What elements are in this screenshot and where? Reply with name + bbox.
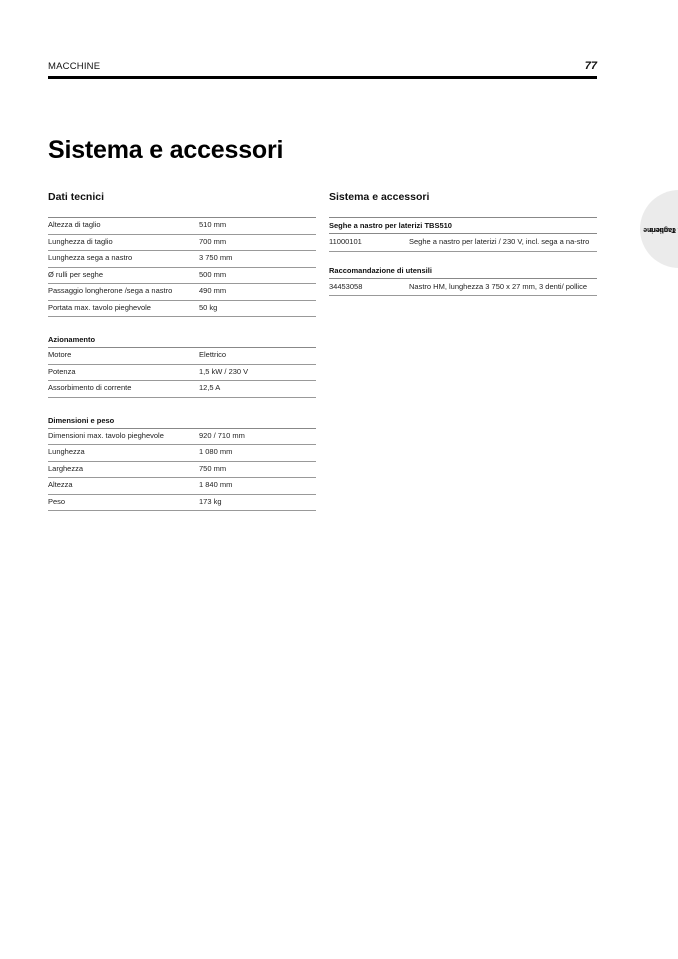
table-row: Altezza di taglio510 mm <box>48 218 316 235</box>
technical-data-heading: Dati tecnici <box>48 191 316 205</box>
table-row: MotoreElettrico <box>48 348 316 364</box>
spec-label: Larghezza <box>48 461 199 478</box>
spec-value: 173 kg <box>199 494 316 511</box>
table-row: Lunghezza di taglio700 mm <box>48 234 316 251</box>
table-row: Dimensioni max. tavolo pieghevole920 / 7… <box>48 429 316 445</box>
tools-heading: Raccomandazione di utensili <box>329 266 597 279</box>
spec-label: Potenza <box>48 364 199 381</box>
article-code: 11000101 <box>329 234 409 251</box>
running-header: MACCHINE 77 <box>48 61 597 81</box>
spec-value: 500 mm <box>199 267 316 284</box>
page-title: Sistema e accessori <box>48 136 283 165</box>
spec-value: 700 mm <box>199 234 316 251</box>
spec-table-drive: MotoreElettrico Potenza1,5 kW / 230 V As… <box>48 348 316 398</box>
drive-heading: Azionamento <box>48 335 316 348</box>
spec-label: Ø rulli per seghe <box>48 267 199 284</box>
accessories-column: Sistema e accessori Seghe a nastro per l… <box>329 191 597 310</box>
spec-label: Altezza <box>48 478 199 495</box>
spec-group-dimensions: Dimensioni e peso Dimensioni max. tavolo… <box>48 416 316 512</box>
accessory-group-tools: Raccomandazione di utensili 34453058 Nas… <box>329 266 597 297</box>
table-row: Portata max. tavolo pieghevole50 kg <box>48 300 316 317</box>
side-tab-label: Taglierineda cantiere <box>648 190 678 268</box>
table-row: Ø rulli per seghe500 mm <box>48 267 316 284</box>
spec-label: Lunghezza di taglio <box>48 234 199 251</box>
article-description: Seghe a nastro per laterizi / 230 V, inc… <box>409 234 597 251</box>
table-row: Larghezza750 mm <box>48 461 316 478</box>
spec-value: 490 mm <box>199 284 316 301</box>
spec-value: 750 mm <box>199 461 316 478</box>
spec-table-general: Altezza di taglio510 mm Lunghezza di tag… <box>48 217 316 317</box>
spec-value: 3 750 mm <box>199 251 316 268</box>
article-description: Nastro HM, lunghezza 3 750 x 27 mm, 3 de… <box>409 279 597 296</box>
spec-table-dimensions: Dimensioni max. tavolo pieghevole920 / 7… <box>48 429 316 512</box>
table-row: 11000101 Seghe a nastro per laterizi / 2… <box>329 234 597 251</box>
spec-value: 510 mm <box>199 218 316 235</box>
table-row: Lunghezza sega a nastro3 750 mm <box>48 251 316 268</box>
spec-value: 1 840 mm <box>199 478 316 495</box>
accessory-table-bandsaws: 11000101 Seghe a nastro per laterizi / 2… <box>329 234 597 252</box>
header-rule <box>48 76 597 79</box>
spec-group-general: Altezza di taglio510 mm Lunghezza di tag… <box>48 217 316 317</box>
spec-value: 1 080 mm <box>199 445 316 462</box>
page-number: 77 <box>585 60 597 72</box>
table-row: 34453058 Nastro HM, lunghezza 3 750 x 27… <box>329 279 597 296</box>
table-row: Potenza1,5 kW / 230 V <box>48 364 316 381</box>
spec-label: Motore <box>48 348 199 364</box>
accessory-group-bandsaws: Seghe a nastro per laterizi TBS510 11000… <box>329 217 597 252</box>
spec-label: Peso <box>48 494 199 511</box>
side-tab-line2: da cantiere <box>649 225 678 233</box>
accessories-heading: Sistema e accessori <box>329 191 597 205</box>
bandsaws-heading: Seghe a nastro per laterizi TBS510 <box>329 217 597 234</box>
table-row: Passaggio longherone /sega a nastro490 m… <box>48 284 316 301</box>
accessory-table-tools: 34453058 Nastro HM, lunghezza 3 750 x 27… <box>329 279 597 297</box>
table-row: Assorbimento di corrente12,5 A <box>48 381 316 398</box>
table-row: Altezza1 840 mm <box>48 478 316 495</box>
spec-value: Elettrico <box>199 348 316 364</box>
section-label: MACCHINE <box>48 61 100 72</box>
spec-label: Lunghezza sega a nastro <box>48 251 199 268</box>
spec-label: Lunghezza <box>48 445 199 462</box>
dimensions-heading: Dimensioni e peso <box>48 416 316 429</box>
technical-data-column: Dati tecnici Altezza di taglio510 mm Lun… <box>48 191 316 529</box>
table-row: Peso173 kg <box>48 494 316 511</box>
spec-label: Passaggio longherone /sega a nastro <box>48 284 199 301</box>
spec-label: Altezza di taglio <box>48 218 199 235</box>
spec-label: Portata max. tavolo pieghevole <box>48 300 199 317</box>
spec-value: 12,5 A <box>199 381 316 398</box>
spec-group-drive: Azionamento MotoreElettrico Potenza1,5 k… <box>48 335 316 398</box>
spec-value: 50 kg <box>199 300 316 317</box>
spec-value: 1,5 kW / 230 V <box>199 364 316 381</box>
table-row: Lunghezza1 080 mm <box>48 445 316 462</box>
spec-label: Dimensioni max. tavolo pieghevole <box>48 429 199 445</box>
article-code: 34453058 <box>329 279 409 296</box>
spec-value: 920 / 710 mm <box>199 429 316 445</box>
spec-label: Assorbimento di corrente <box>48 381 199 398</box>
